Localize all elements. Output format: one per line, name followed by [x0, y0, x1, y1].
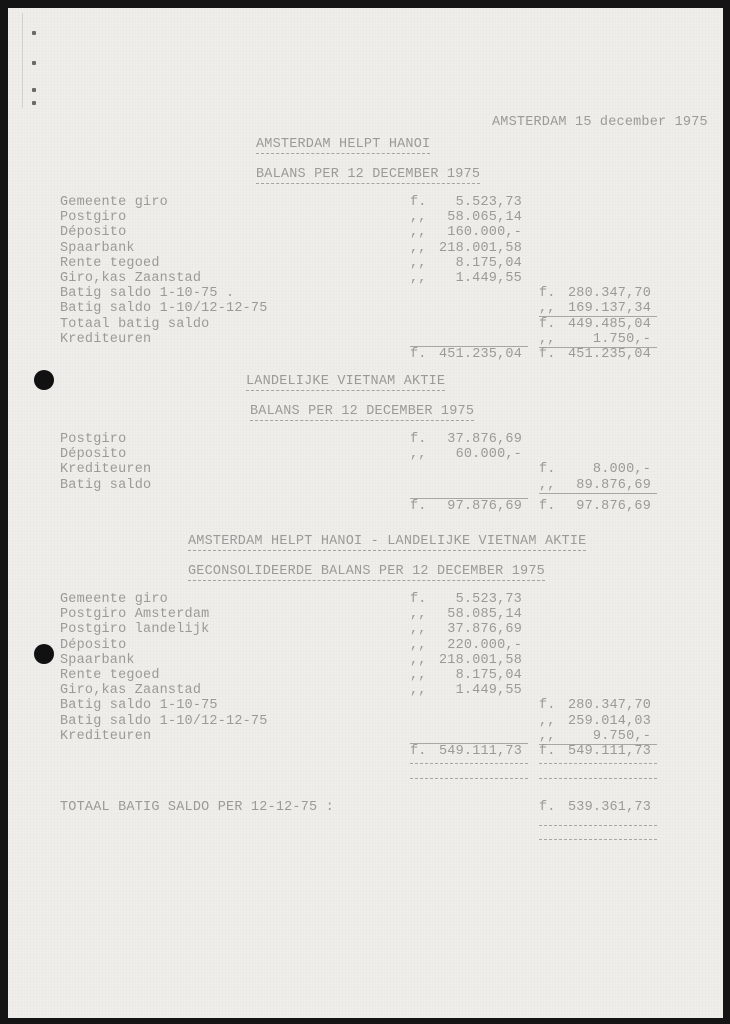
currency-mark: ,, [539, 301, 556, 316]
row-label: Rente tegoed [60, 668, 160, 683]
document-page: AMSTERDAM 15 december 1975 AMSTERDAM HEL… [8, 8, 723, 1018]
currency-mark: ,, [410, 210, 427, 225]
currency-mark: f. [410, 592, 427, 607]
amount-value: 449.485,04 [568, 317, 651, 332]
summary-rule-2 [539, 839, 657, 840]
row-label: Déposito [60, 225, 126, 240]
section-subtitle: BALANS PER 12 DECEMBER 1975 [250, 404, 474, 421]
amount-value: 89.876,69 [576, 478, 651, 493]
section-subtitle: GECONSOLIDEERDE BALANS PER 12 DECEMBER 1… [188, 564, 545, 581]
currency-mark: f. [539, 698, 556, 713]
row-label: Krediteuren [60, 332, 151, 347]
amount-value: 8.000,- [593, 462, 651, 477]
currency-mark: f. [539, 744, 556, 759]
amount-value: 5.523,73 [456, 195, 522, 210]
amount-value: 97.876,69 [576, 499, 651, 514]
currency-mark: f. [410, 432, 427, 447]
section-title: AMSTERDAM HELPT HANOI - LANDELIJKE VIETN… [188, 534, 586, 551]
row-label: Batig saldo 1-10/12-12-75 [60, 301, 268, 316]
place-date: AMSTERDAM 15 december 1975 [492, 115, 708, 130]
row-label: Giro,kas Zaanstad [60, 683, 201, 698]
currency-mark: f. [539, 317, 556, 332]
amount-value: 280.347,70 [568, 698, 651, 713]
amount-value: 549.111,73 [439, 744, 522, 759]
row-label: Postgiro [60, 432, 126, 447]
amount-value: 1.449,55 [456, 683, 522, 698]
currency-mark: ,, [410, 225, 427, 240]
amount-value: 9.750,- [593, 729, 651, 744]
row-label: Krediteuren [60, 462, 151, 477]
section-title: AMSTERDAM HELPT HANOI [256, 137, 430, 154]
staple-mark [22, 13, 53, 108]
row-label: Postgiro landelijk [60, 622, 209, 637]
amount-value: 58.085,14 [447, 607, 522, 622]
double-rule-debit-1 [410, 763, 528, 764]
amount-value: 8.175,04 [456, 668, 522, 683]
currency-mark: ,, [539, 729, 556, 744]
currency-mark: ,, [410, 271, 427, 286]
currency-mark: ,, [410, 683, 427, 698]
currency-mark: f. [539, 499, 556, 514]
row-label: Gemeente giro [60, 592, 168, 607]
summary-label: TOTAAL BATIG SALDO PER 12-12-75 : [60, 800, 334, 815]
currency-mark: ,, [410, 241, 427, 256]
punch-hole-top [34, 370, 54, 390]
summary-rule-1 [539, 825, 657, 826]
row-label: Gemeente giro [60, 195, 168, 210]
amount-value: 60.000,- [456, 447, 522, 462]
row-label: Déposito [60, 447, 126, 462]
amount-value: 1.449,55 [456, 271, 522, 286]
amount-value: 280.347,70 [568, 286, 651, 301]
section-subtitle: BALANS PER 12 DECEMBER 1975 [256, 167, 480, 184]
currency-mark: ,, [410, 607, 427, 622]
row-label: Postgiro Amsterdam [60, 607, 209, 622]
currency-mark: ,, [410, 622, 427, 637]
amount-value: 160.000,- [447, 225, 522, 240]
section-title: LANDELIJKE VIETNAM AKTIE [246, 374, 445, 391]
row-label: Spaarbank [60, 653, 135, 668]
currency-mark: f. [410, 347, 427, 362]
double-rule-credit-2 [539, 778, 657, 779]
row-label: Spaarbank [60, 241, 135, 256]
amount-value: 58.065,14 [447, 210, 522, 225]
amount-value: 539.361,73 [568, 800, 651, 815]
row-label: Batig saldo [60, 478, 151, 493]
amount-value: 37.876,69 [447, 622, 522, 637]
amount-value: 1.750,- [593, 332, 651, 347]
currency-mark: ,, [410, 256, 427, 271]
row-label: Postgiro [60, 210, 126, 225]
currency-mark: ,, [539, 332, 556, 347]
double-rule-credit-1 [539, 763, 657, 764]
amount-value: 451.235,04 [568, 347, 651, 362]
currency-mark: f. [539, 462, 556, 477]
currency-mark: ,, [539, 714, 556, 729]
currency-mark: f. [539, 286, 556, 301]
amount-value: 259.014,03 [568, 714, 651, 729]
amount-value: 218.001,58 [439, 653, 522, 668]
currency-mark: ,, [410, 447, 427, 462]
punch-hole-bottom [34, 644, 54, 664]
currency-mark: f. [410, 195, 427, 210]
amount-value: 169.137,34 [568, 301, 651, 316]
currency-mark: ,, [410, 668, 427, 683]
double-rule-debit-2 [410, 778, 528, 779]
currency-mark: f. [539, 347, 556, 362]
amount-value: 549.111,73 [568, 744, 651, 759]
currency-mark: ,, [539, 478, 556, 493]
currency-mark: f. [410, 499, 427, 514]
row-label: Giro,kas Zaanstad [60, 271, 201, 286]
row-label: Krediteuren [60, 729, 151, 744]
amount-value: 97.876,69 [447, 499, 522, 514]
row-label: Totaal batig saldo [60, 317, 209, 332]
currency-mark: f. [539, 800, 556, 815]
row-label: Batig saldo 1-10/12-12-75 [60, 714, 268, 729]
row-label: Déposito [60, 638, 126, 653]
row-label: Batig saldo 1-10-75 [60, 698, 218, 713]
currency-mark: f. [410, 744, 427, 759]
amount-value: 37.876,69 [447, 432, 522, 447]
currency-mark: ,, [410, 638, 427, 653]
currency-mark: ,, [410, 653, 427, 668]
amount-value: 220.000,- [447, 638, 522, 653]
amount-value: 218.001,58 [439, 241, 522, 256]
row-label: Batig saldo 1-10-75 . [60, 286, 234, 301]
amount-value: 8.175,04 [456, 256, 522, 271]
row-label: Rente tegoed [60, 256, 160, 271]
subtotal-rule [539, 493, 657, 494]
amount-value: 5.523,73 [456, 592, 522, 607]
amount-value: 451.235,04 [439, 347, 522, 362]
